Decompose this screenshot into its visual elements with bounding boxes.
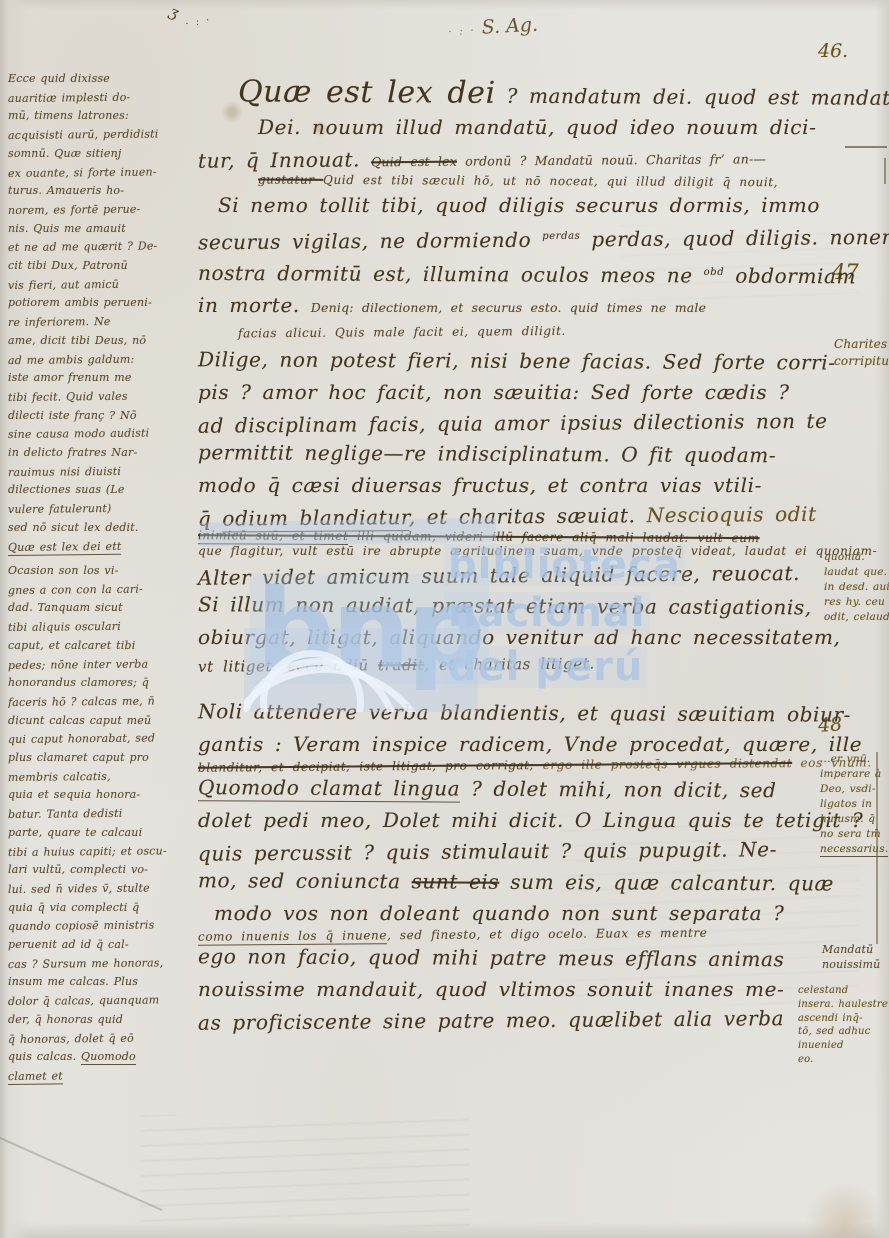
text-line: Alter videt amicum suum tale aliquid fac… [198, 558, 888, 594]
text-segment: Alter videt amicum suum tale aliquid fac… [198, 561, 800, 590]
text-line: imperare à [820, 767, 888, 782]
text-line: lui. sed n̄ vides v̄, stulte [8, 879, 198, 900]
text-segment: modo q̄ cæsi diuersas fructus, et contra… [198, 473, 762, 497]
text-segment: dicunt calcas caput meū [8, 714, 151, 727]
text-segment: lari vultū, complecti vo- [8, 863, 148, 876]
text-segment: sunt eis [412, 870, 500, 894]
text-line: laudat que. [824, 565, 889, 580]
text-line: quia et sequia honora- [8, 786, 198, 805]
text-line: Dei. nouum illud mandatū, quod ideo nouu… [198, 112, 888, 143]
text-segment: qui caput honorabat, sed [8, 732, 155, 747]
text-segment: res hy. ceu [824, 596, 885, 608]
flourish-mark: ʒ [167, 2, 182, 22]
text-segment: ...er vnū. [820, 753, 870, 765]
text-segment: tur, q̄ Innouat. [198, 147, 371, 172]
trailing-dash [845, 146, 887, 148]
text-line: auaritiæ implesti do- [8, 88, 198, 109]
text-segment: auaritiæ implesti do- [8, 90, 130, 104]
text-segment: corripitur. [834, 354, 889, 368]
text-segment: q̄ honoras, dolet q̄ eō [8, 1031, 134, 1045]
edge-mark [884, 158, 886, 184]
text-segment: mū, timens latrones: [8, 109, 129, 122]
text-segment: Ocasion son los vi- [8, 564, 118, 577]
text-segment: ascendi inq̄- [798, 1013, 863, 1024]
text-line: facias alicui. Quis male facit ei, quem … [198, 321, 888, 343]
text-line: res hy. ceu [824, 595, 889, 610]
text-segment: tibi fecit. Quid vales [8, 390, 128, 404]
text-line: rauimus nisi diuisti [8, 462, 198, 483]
text-line: ad me ambis galdum: [8, 350, 198, 371]
text-segment: in morte. [198, 293, 311, 317]
text-segment: quis calcas. [8, 1050, 81, 1063]
text-segment: der, q̄ honoras quid [8, 1013, 123, 1026]
text-segment: Si nemo tollit tibi, quod diligis securu… [218, 193, 820, 217]
text-line: Ecce quid dixisse [8, 70, 198, 89]
text-line: quia q̄ via complecti q̄ [8, 899, 198, 918]
text-segment: cas ? Sursum me honoras, [8, 956, 163, 971]
text-line: re inferiorem. Ne [8, 312, 198, 333]
text-line: plus clamaret caput pro [8, 749, 198, 768]
text-segment: turus. Amaueris ho- [8, 184, 124, 197]
text-segment: inuenied [798, 1040, 844, 1051]
text-line: vulere fatulerunt) [8, 499, 198, 520]
text-segment: dilecti iste franç ? Nō [8, 409, 137, 422]
text-line: gustatur Quid est tibi sæculi hō, ut nō … [198, 171, 888, 192]
text-line: in delicto fratres Nar- [8, 444, 198, 463]
text-segment: securus vigilas, ne dormiendo [198, 228, 542, 255]
text-line: dolor q̄ calcas, quanquam [8, 991, 198, 1012]
text-line: ame, dicit tibi Deus, nō [8, 332, 198, 351]
text-line: Quæ est lex dei ett [8, 537, 198, 557]
text-line: dilectiones suas (Le [8, 481, 198, 500]
text-segment: imperare à [820, 768, 881, 780]
text-segment: ligatos in [820, 798, 872, 810]
text-line: honorandus clamores; q̄ [8, 674, 198, 693]
text-line: et ne ad me quærit ? De- [8, 237, 198, 258]
text-line: quando copiosē ministris [8, 916, 198, 937]
text-line: Si nemo tollit tibi, quod diligis securu… [198, 190, 888, 221]
text-line: qui caput honorabat, sed [8, 729, 198, 750]
text-segment: ex ouante, si forte inuen- [8, 165, 157, 180]
text-line: turus. Amaueris ho- [8, 182, 198, 201]
text-line: modo q̄ cæsi diuersas fructus, et contra… [198, 470, 888, 501]
text-segment: vis fieri, aut amicū [8, 278, 119, 292]
text-line: ad disciplinam facis, quia amor ipsius d… [198, 406, 888, 442]
text-line: faceris hō ? calcas me, n̄ [8, 692, 198, 713]
text-line: dad. Tanquam sicut [8, 599, 198, 618]
text-line: quoniā. [824, 550, 889, 565]
text-line: membris calcatis, [8, 767, 198, 788]
text-segment: cit tibi Dux, Patronū [8, 259, 128, 272]
text-segment: vt litiget. ecce odiū [198, 657, 378, 676]
text-segment: ad disciplinam facis, quia amor ipsius d… [198, 409, 828, 438]
text-line: clamet et [8, 1066, 198, 1086]
text-segment: in desd. aui- [824, 581, 889, 593]
text-segment: obiurgat, litigat, aliquando venitur ad … [198, 625, 840, 649]
text-line: cit tibi Dux, Patronū [8, 257, 198, 276]
text-segment: rauimus nisi diuisti [8, 465, 121, 479]
right-margin-note-charites: Charitescorripitur. [834, 336, 889, 370]
text-line: potiorem ambis perueni- [8, 294, 198, 313]
text-line: tibi fecit. Quid vales [8, 387, 198, 408]
text-line: ex ouante, si forte inuen- [8, 163, 198, 184]
text-segment: Quæ est lex dei [238, 74, 496, 110]
ink-flourish: ʒ · ː · [170, 2, 210, 21]
text-segment: dolor q̄ calcas, quanquam [8, 994, 159, 1009]
text-segment: pis ? amor hoc facit, non sæuitia: Sed f… [198, 380, 790, 404]
text-segment: batur. Tanta dedisti [8, 807, 123, 821]
text-segment: Quid est lex [371, 154, 457, 170]
text-segment: quia et sequia honora- [8, 788, 140, 801]
text-segment: Quomodo clamat lingua [198, 776, 460, 803]
text-segment: perdas [542, 231, 580, 242]
text-line: mū, timens latrones: [8, 107, 198, 126]
text-line: sed nō sicut lex dedit. [8, 519, 198, 538]
text-line: ligatos in [820, 797, 888, 812]
show-through [140, 1115, 470, 1227]
text-segment: gnes a con con la cari- [8, 582, 143, 596]
text-segment: gantis : Veram inspice radicem, Vnde pro… [198, 732, 862, 756]
text-segment: tradit [378, 656, 424, 674]
text-segment: Dei. nouum illud mandatū, quod ideo nouu… [258, 115, 816, 139]
text-line: insum me calcas. Plus [8, 973, 198, 992]
text-segment: permittit neglige—re indisciplinatum. O … [198, 441, 776, 468]
text-segment: norem, es fortē perue- [8, 203, 141, 217]
text-segment: ? dolet mihi, non dicit, sed [460, 777, 776, 803]
text-line: as proficiscente sine patre meo. quælibe… [198, 1003, 888, 1039]
text-segment: et ne ad me quærit ? De- [8, 240, 158, 255]
text-segment: pedes; nōne inter verba [8, 657, 148, 671]
text-segment: ordonū ? Mandatū nouū. Charitas fr’ an-— [457, 151, 766, 168]
text-segment: mo, sed coniuncta [198, 869, 412, 894]
text-line: Quomodo clamat lingua ? dolet mihi, non … [198, 773, 888, 808]
text-line: tō, sed adhuc [798, 1025, 888, 1039]
text-line: Dilige, non potest fieri, nisi bene faci… [198, 345, 888, 380]
text-segment: quando copiosē ministris [8, 919, 154, 934]
text-segment: potiorem ambis perueni- [8, 296, 152, 309]
text-line: quis calcas. Quomodo [8, 1048, 198, 1067]
text-line: cas ? Sursum me honoras, [8, 954, 198, 975]
text-segment: parte, quare te calcaui [8, 826, 142, 839]
right-margin-note-quoniam: quoniā.laudat que.in desd. aui-res hy. c… [824, 550, 889, 625]
text-segment: nis. Quis me amauit [8, 222, 126, 235]
text-segment: Noli attendere verba blandientis, et qua… [198, 700, 851, 727]
left-margin-notes-lower: Ocasion son los vi-gnes a con con la car… [8, 562, 198, 1086]
text-line: eo. [798, 1053, 888, 1067]
text-line: obiurgat, litigat, aliquando venitur ad … [198, 622, 888, 653]
text-line: tibi aliquis osculari [8, 617, 198, 638]
text-segment: laudat que. [824, 566, 887, 578]
text-line: der, q̄ honoras quid [8, 1011, 198, 1030]
text-segment: , et charitas sæuiat. [409, 503, 647, 529]
text-segment: Nescioquis odit [646, 502, 816, 527]
text-line: inuenied [798, 1039, 888, 1053]
text-line: Noli attendere verba blandientis, et qua… [198, 697, 888, 732]
text-line: peruenit ad id q̄ cal- [8, 936, 198, 955]
heading-label: S. Ag. [481, 14, 538, 39]
text-line: Ocasion son los vi- [8, 562, 198, 581]
left-margin-notes-upper: Ecce quid dixisseauaritiæ implesti do-mū… [8, 70, 198, 556]
heading-dots: · : · [448, 24, 476, 38]
text-segment: Quid est tibi sæculi hō, ut nō noceat, q… [323, 173, 778, 189]
text-segment: somnū. Quæ sitienj [8, 147, 122, 160]
text-segment: quoniā. [824, 551, 865, 563]
text-segment: sed nō sicut lex dedit. [8, 521, 139, 534]
text-segment: Charites [834, 337, 887, 351]
manuscript-page: ʒ · ː · · : ·S. Ag. 46. 47 48 Ecce quid … [0, 0, 889, 1238]
text-segment: in delicto fratres Nar- [8, 446, 137, 459]
text-segment: as proficiscente sine patre meo. quælibe… [198, 1006, 784, 1035]
text-segment: tibi aliquis osculari [8, 620, 121, 634]
paper-crease [0, 1128, 163, 1211]
text-line: ascendi inq̄- [798, 1012, 888, 1026]
text-line: pis ? amor hoc facit, non sæuitia: Sed f… [198, 377, 888, 408]
text-segment: Deo, vsdi- [820, 783, 876, 795]
text-segment: facias alicui. Quis male facit ei, quem … [238, 324, 566, 341]
text-segment: , et charitas litiget. [424, 655, 595, 674]
text-segment: membris calcatis, [8, 770, 111, 784]
text-segment: re inferiorem. Ne [8, 315, 111, 329]
text-line: Deo, vsdi- [820, 782, 888, 797]
text-segment: acquisisti aurū, perdidisti [8, 128, 159, 143]
text-segment: Si illum non audiat, præstat etiam verba… [198, 593, 812, 620]
text-segment: eo. [798, 1054, 814, 1065]
text-segment: faceris hō ? calcas me, n̄ [8, 694, 155, 709]
text-segment: ad me ambis galdum: [8, 352, 134, 366]
text-segment: odit, celauditur. [824, 611, 889, 623]
text-segment: Quæ est lex dei ett [8, 539, 122, 555]
margin-rule [876, 752, 878, 944]
text-segment: ergo ille prosteq̄s vrgues distendat [534, 756, 792, 772]
text-line: norem, es fortē perue- [8, 200, 198, 221]
text-line: gnes a con con la cari- [8, 580, 198, 601]
text-line: acquisisti aurū, perdidisti [8, 125, 198, 146]
text-line: in desd. aui- [824, 580, 889, 595]
text-line: tibi a huius capiti; et oscu- [8, 842, 198, 863]
text-segment: vulere fatulerunt) [8, 502, 112, 516]
text-line: vt litiget. ecce odiū tradit, et charita… [198, 651, 888, 679]
text-segment: Ecce quid dixisse [8, 72, 110, 85]
text-line: vis fieri, aut amicū [8, 275, 198, 296]
text-segment: plus clamaret caput pro [8, 751, 149, 764]
text-segment: peruenit ad id q̄ cal- [8, 938, 129, 951]
text-segment: illi quidam, videri illū facere aliq̄ ma… [348, 529, 759, 545]
text-line: pedes; nōne inter verba [8, 655, 198, 676]
text-line: permittit neglige—re indisciplinatum. O … [198, 438, 888, 473]
text-segment: Quomodo [81, 1050, 136, 1065]
text-line: dicunt calcas caput meū [8, 712, 198, 731]
text-line: sine causa modo audisti [8, 424, 198, 445]
text-segment: tō, sed adhuc [798, 1026, 870, 1037]
text-segment: insum me calcas. Plus [8, 975, 138, 988]
page-number-46: 46. [818, 40, 848, 62]
text-line: Si illum non audiat, præstat etiam verba… [198, 590, 888, 625]
show-through [620, 225, 860, 305]
text-segment: dad. Tanquam sicut [8, 601, 123, 614]
text-segment: sine causa modo audisti [8, 427, 149, 441]
text-line: corripitur. [834, 353, 889, 370]
text-segment: quia q̄ via complecti q̄ [8, 901, 139, 914]
text-line: nis. Quis me amauit [8, 220, 198, 239]
text-line: dilecti iste franç ? Nō [8, 407, 198, 426]
text-segment: Dilige, non potest fieri, nisi bene faci… [198, 348, 836, 375]
text-segment: tibi a huius capiti; et oscu- [8, 844, 167, 859]
text-line: q̄ honoras, dolet q̄ eō [8, 1029, 198, 1050]
text-line: somnū. Quæ sitienj [8, 145, 198, 164]
text-line: ...er vnū. [820, 752, 888, 767]
text-line: odit, celauditur. [824, 610, 889, 625]
text-line: parte, quare te calcaui [8, 824, 198, 843]
text-segment: inimicū suū, et timet [198, 529, 349, 546]
text-line: caput, et calcaret tibi [8, 637, 198, 656]
text-line: batur. Tanta dedisti [8, 804, 198, 825]
text-segment: gustatur [258, 173, 323, 187]
text-segment: dilectiones suas (Le [8, 483, 125, 496]
text-segment: caput, et calcaret tibi [8, 639, 135, 652]
text-line: Quæ est lex dei ? mandatum dei. quod est… [198, 76, 888, 114]
text-line: iste amor frenum me [8, 369, 198, 388]
text-segment: honorandus clamores; q̄ [8, 676, 149, 689]
text-segment: iste amor frenum me [8, 371, 132, 384]
text-segment: lui. sed n̄ vides v̄, stulte [8, 881, 150, 895]
text-segment: clamet et [8, 1069, 63, 1085]
text-segment: ame, dicit tibi Deus, nō [8, 334, 146, 347]
text-segment: ? mandatum dei. quod est mandatū [496, 84, 889, 110]
show-through [560, 815, 860, 1005]
text-line: lari vultū, complecti vo- [8, 861, 198, 880]
section-heading: · : ·S. Ag. [447, 14, 538, 41]
text-line: Charites [834, 336, 889, 353]
flourish-dots: · ː · [184, 15, 212, 30]
